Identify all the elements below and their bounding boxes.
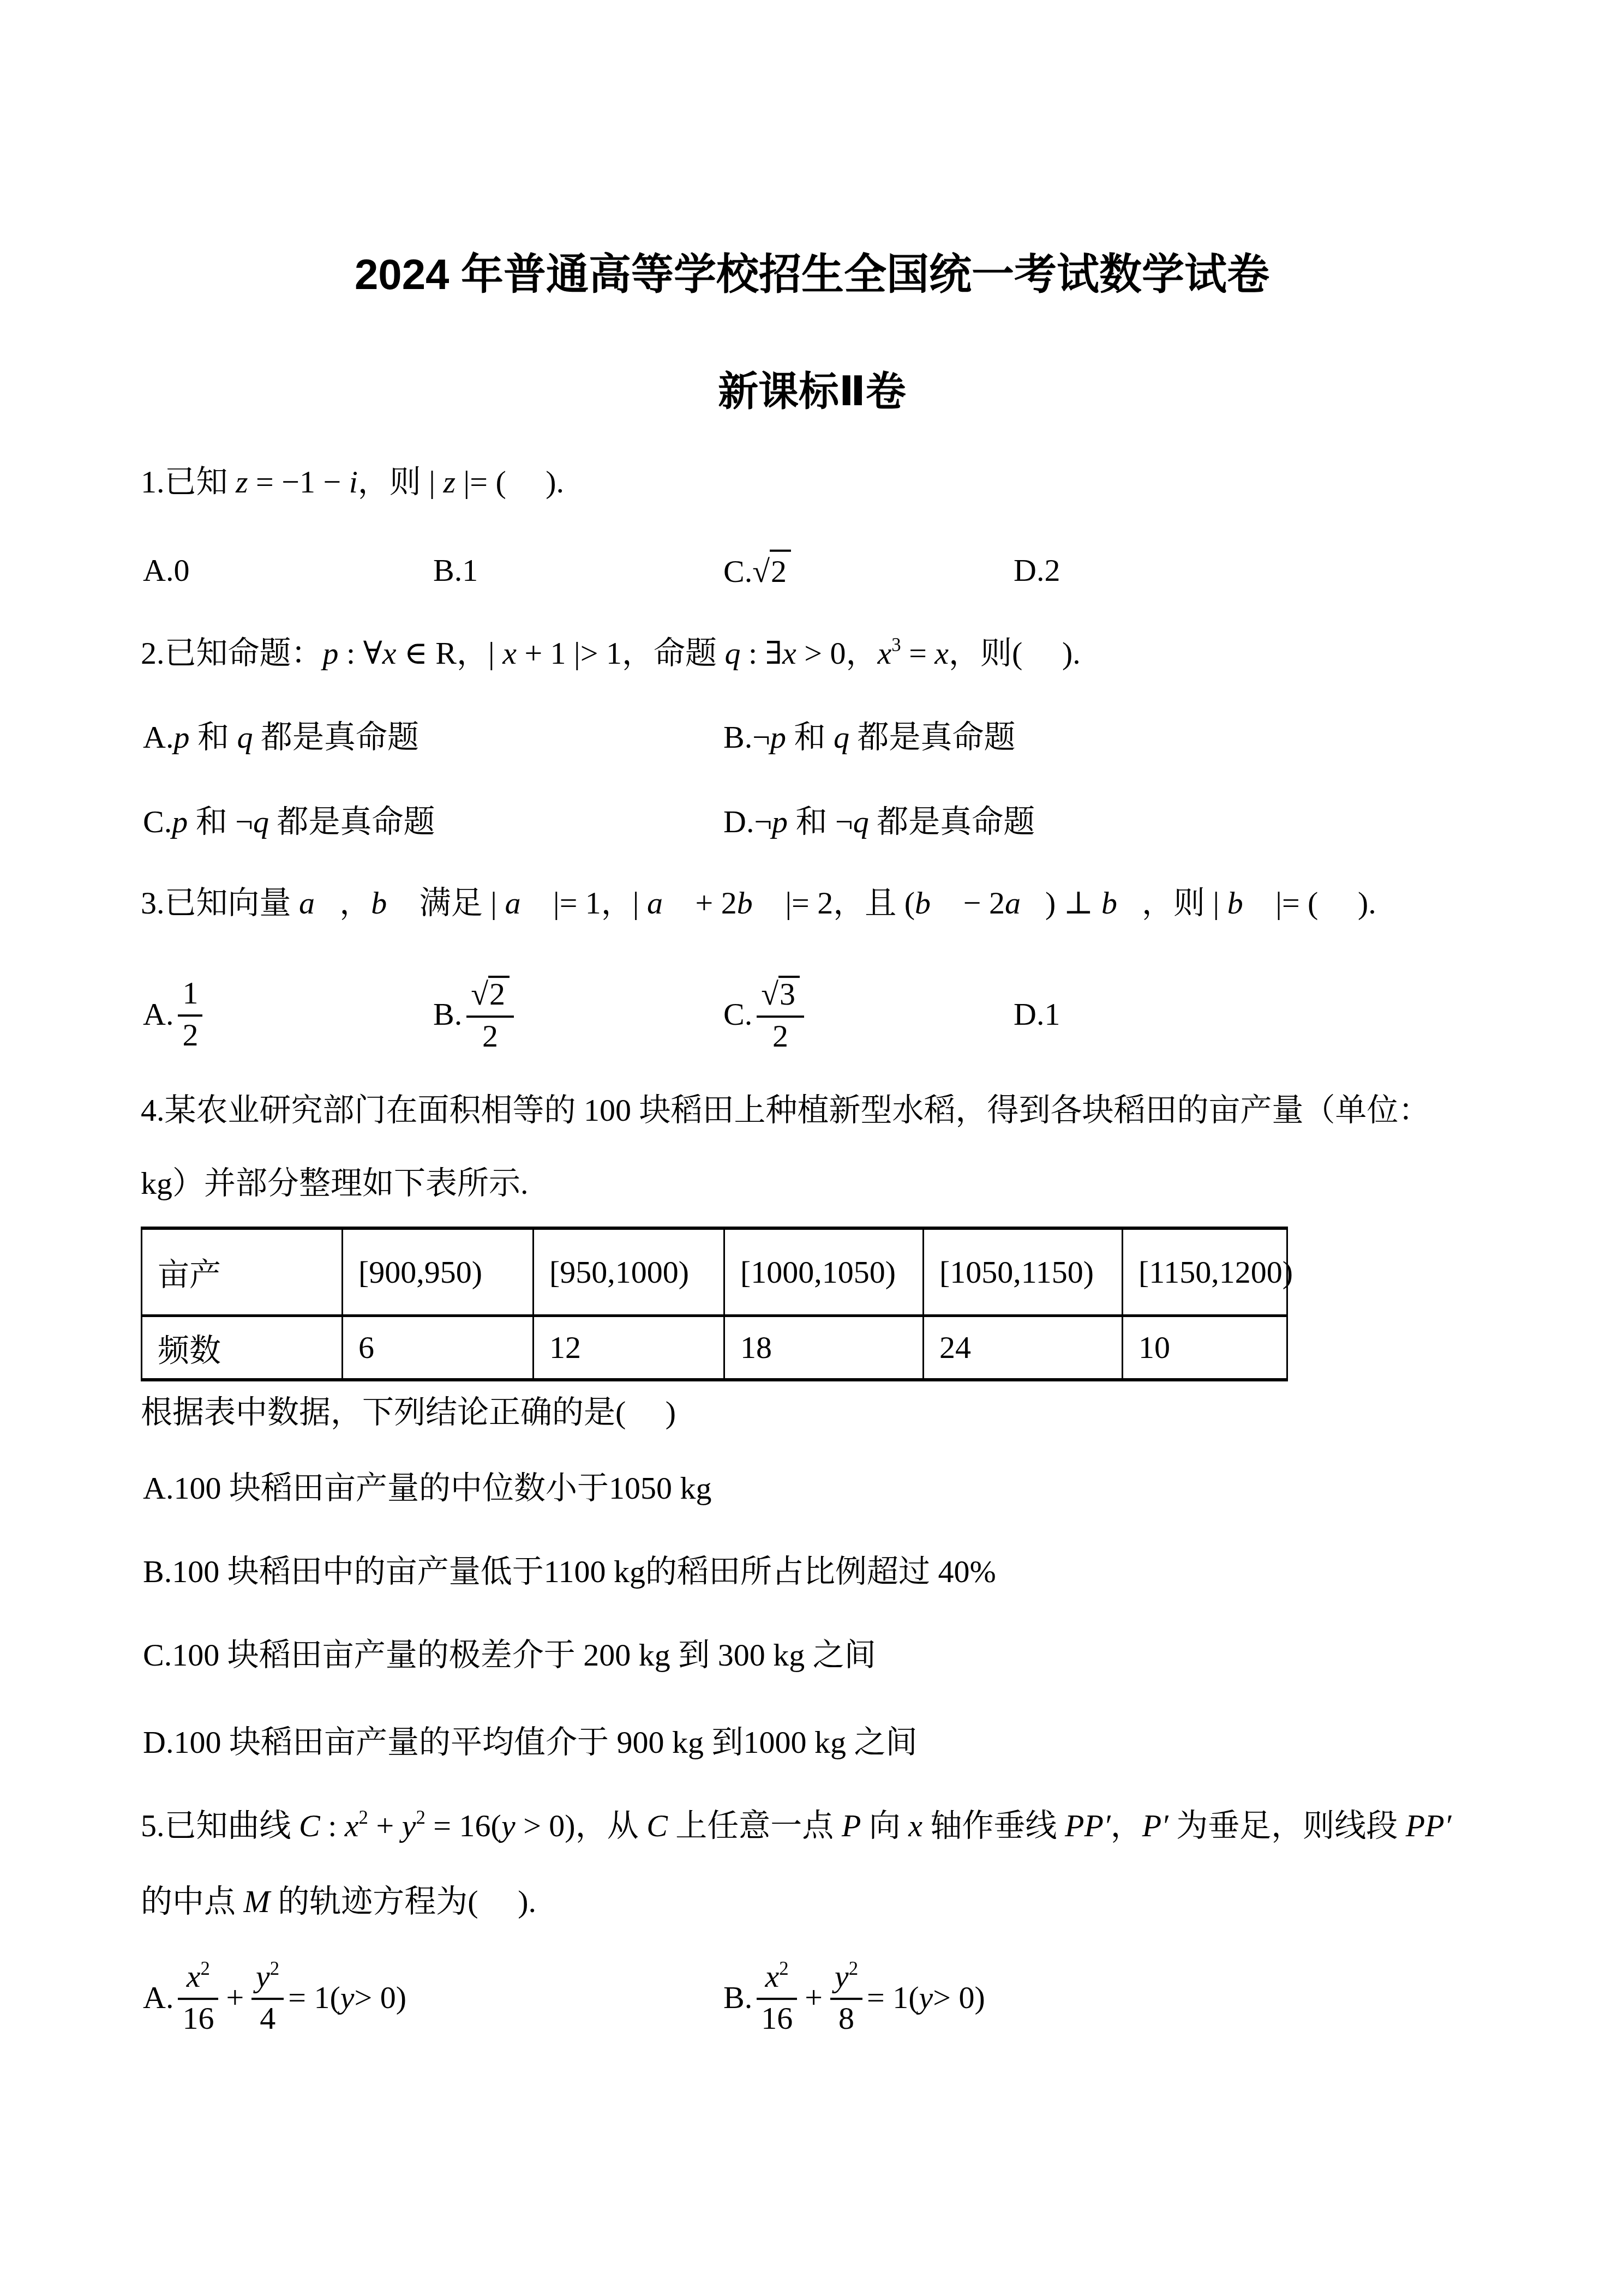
option-label: B. (723, 1978, 752, 2018)
question-1-option-a: A.0 (143, 551, 189, 591)
table-cell: 18 (724, 1315, 924, 1380)
option-label: D. (723, 804, 754, 839)
table-cell: [950,1000) (534, 1228, 724, 1315)
question-4-option-a: A.100 块稻田亩产量的中位数小于1050 kg (143, 1469, 711, 1508)
option-label: D. (1014, 552, 1044, 588)
question-3-stem: 3.已知向量 a⃗，b⃗ 满足 | a⃗ |= 1，| a⃗ + 2b⃗ |= … (141, 883, 1376, 923)
option-label: B. (723, 719, 752, 755)
table-row-frequency: 频数 6 12 18 24 10 (142, 1315, 1287, 1380)
option-label: A. (143, 719, 173, 755)
math-vector-a: a⃗ (299, 885, 339, 921)
fraction-bar (251, 1998, 284, 2000)
sqrt-expression: √2 (471, 976, 510, 1011)
table-cell: [900,950) (343, 1228, 534, 1315)
question-4-note: 根据表中数据，下列结论正确的是( ) (141, 1393, 676, 1433)
table-cell: 频数 (142, 1315, 343, 1380)
math-var-p: p (323, 635, 339, 671)
fraction-bar (757, 1015, 804, 1018)
question-5-stem-line-1: 5.已知曲线 C : x2 + y2 = 16(y > 0)，从 C 上任意一点… (141, 1806, 1451, 1846)
fraction-bar (178, 1014, 202, 1017)
question-4-stem-line-2: kg）并部分整理如下表所示. (141, 1164, 529, 1204)
question-1-stem: 1.已知 z = −1 − i，则 | z |= ( ). (141, 462, 564, 502)
fraction: 12 (178, 977, 202, 1052)
question-2-stem: 2.已知命题：p : ∀x ∈ R，| x + 1 |> 1，命题 q : ∃x… (141, 634, 1081, 674)
sqrt-expression: √2 (752, 550, 791, 592)
question-2-option-c: C.p 和 ¬q 都是真命题 (143, 802, 435, 842)
question-4-option-d: D.100 块稻田亩产量的平均值介于 900 kg 到1000 kg 之间 (143, 1723, 917, 1763)
question-2-option-d: D.¬p 和 ¬q 都是真命题 (723, 802, 1035, 842)
math-vector-b: b⃗ (371, 885, 411, 921)
table-cell: 12 (534, 1315, 724, 1380)
table-cell: [1150,1200) (1123, 1228, 1287, 1315)
fraction: √22 (466, 976, 514, 1053)
fraction: y28 (830, 1960, 862, 2035)
exponent: 2 (779, 1958, 788, 1979)
question-3-option-a: A.12 (143, 977, 207, 1052)
option-label: A. (143, 1978, 173, 2018)
table-cell: 10 (1123, 1315, 1287, 1380)
sqrt-expression: √3 (761, 976, 800, 1011)
exponent: 2 (416, 1807, 425, 1828)
option-label: C. (143, 804, 172, 839)
question-2-option-b: B.¬p 和 q 都是真命题 (723, 718, 1015, 758)
exam-title: 2024 年普通高等学校招生全国统一考试数学试卷 (0, 241, 1624, 302)
question-4-stem-line-1: 4.某农业研究部门在面积相等的 100 块稻田上种植新型水稻，得到各块稻田的亩产… (141, 1091, 1430, 1131)
option-label: A. (143, 552, 173, 588)
exponent: 2 (270, 1958, 279, 1979)
option-label: B. (433, 995, 462, 1035)
question-3-option-c: C.√32 (723, 976, 808, 1053)
question-5-option-a: A.x216+y24= 1(y > 0) (143, 1960, 406, 2035)
math-var-z: z (236, 464, 248, 500)
math-var-P: P (842, 1808, 861, 1843)
exponent: 2 (359, 1807, 368, 1828)
fraction-bar (466, 1015, 514, 1018)
question-4-option-b: B.100 块稻田中的亩产量低于1100 kg的稻田所占比例超过 40% (143, 1552, 996, 1592)
option-label: C. (723, 554, 752, 589)
exponent: 3 (891, 634, 901, 656)
math-var-i: i (349, 464, 358, 500)
table-cell: [1050,1150) (924, 1228, 1123, 1315)
fraction: y24 (251, 1960, 284, 2035)
exponent: 2 (201, 1958, 210, 1979)
fraction-bar (830, 1998, 862, 2000)
option-label: C. (723, 995, 752, 1035)
question-4-option-c: C.100 块稻田亩产量的极差介于 200 kg 到 300 kg 之间 (143, 1636, 876, 1675)
fraction-bar (178, 1998, 218, 2000)
math-var-M: M (244, 1884, 270, 1919)
fraction: √32 (757, 976, 804, 1053)
yield-frequency-table: 亩产 [900,950) [950,1000) [1000,1050) [105… (141, 1227, 1288, 1381)
table-cell: 亩产 (142, 1228, 343, 1315)
fraction: x216 (757, 1960, 797, 2035)
question-5-option-b: B.x216+y28= 1(y > 0) (723, 1960, 985, 2035)
option-label: D. (1014, 996, 1044, 1032)
table-cell: [1000,1050) (724, 1228, 924, 1315)
exponent: 2 (849, 1958, 858, 1979)
option-label: B. (433, 552, 462, 588)
question-1-option-b: B.1 (433, 551, 478, 591)
math-var-C: C (299, 1808, 320, 1843)
question-3-option-d: D.1 (1014, 995, 1060, 1035)
fraction-bar (757, 1998, 797, 2000)
question-3-option-b: B.√22 (433, 976, 518, 1053)
question-1-option-c: C.√2 (723, 550, 791, 592)
exam-subtitle: 新课标Ⅱ卷 (0, 359, 1624, 417)
table-cell: 24 (924, 1315, 1123, 1380)
table-cell: 6 (343, 1315, 534, 1380)
question-1-option-d: D.2 (1014, 551, 1060, 591)
exam-page: 2024 年普通高等学校招生全国统一考试数学试卷 新课标Ⅱ卷 1.已知 z = … (0, 0, 1624, 2296)
option-label: A. (143, 995, 173, 1035)
table-row-yield: 亩产 [900,950) [950,1000) [1000,1050) [105… (142, 1228, 1287, 1315)
math-var-q: q (724, 635, 740, 671)
fraction: x216 (178, 1960, 218, 2035)
question-5-stem-line-2: 的中点 M 的轨迹方程为( ). (141, 1882, 536, 1922)
question-2-option-a: A.p 和 q 都是真命题 (143, 718, 419, 758)
